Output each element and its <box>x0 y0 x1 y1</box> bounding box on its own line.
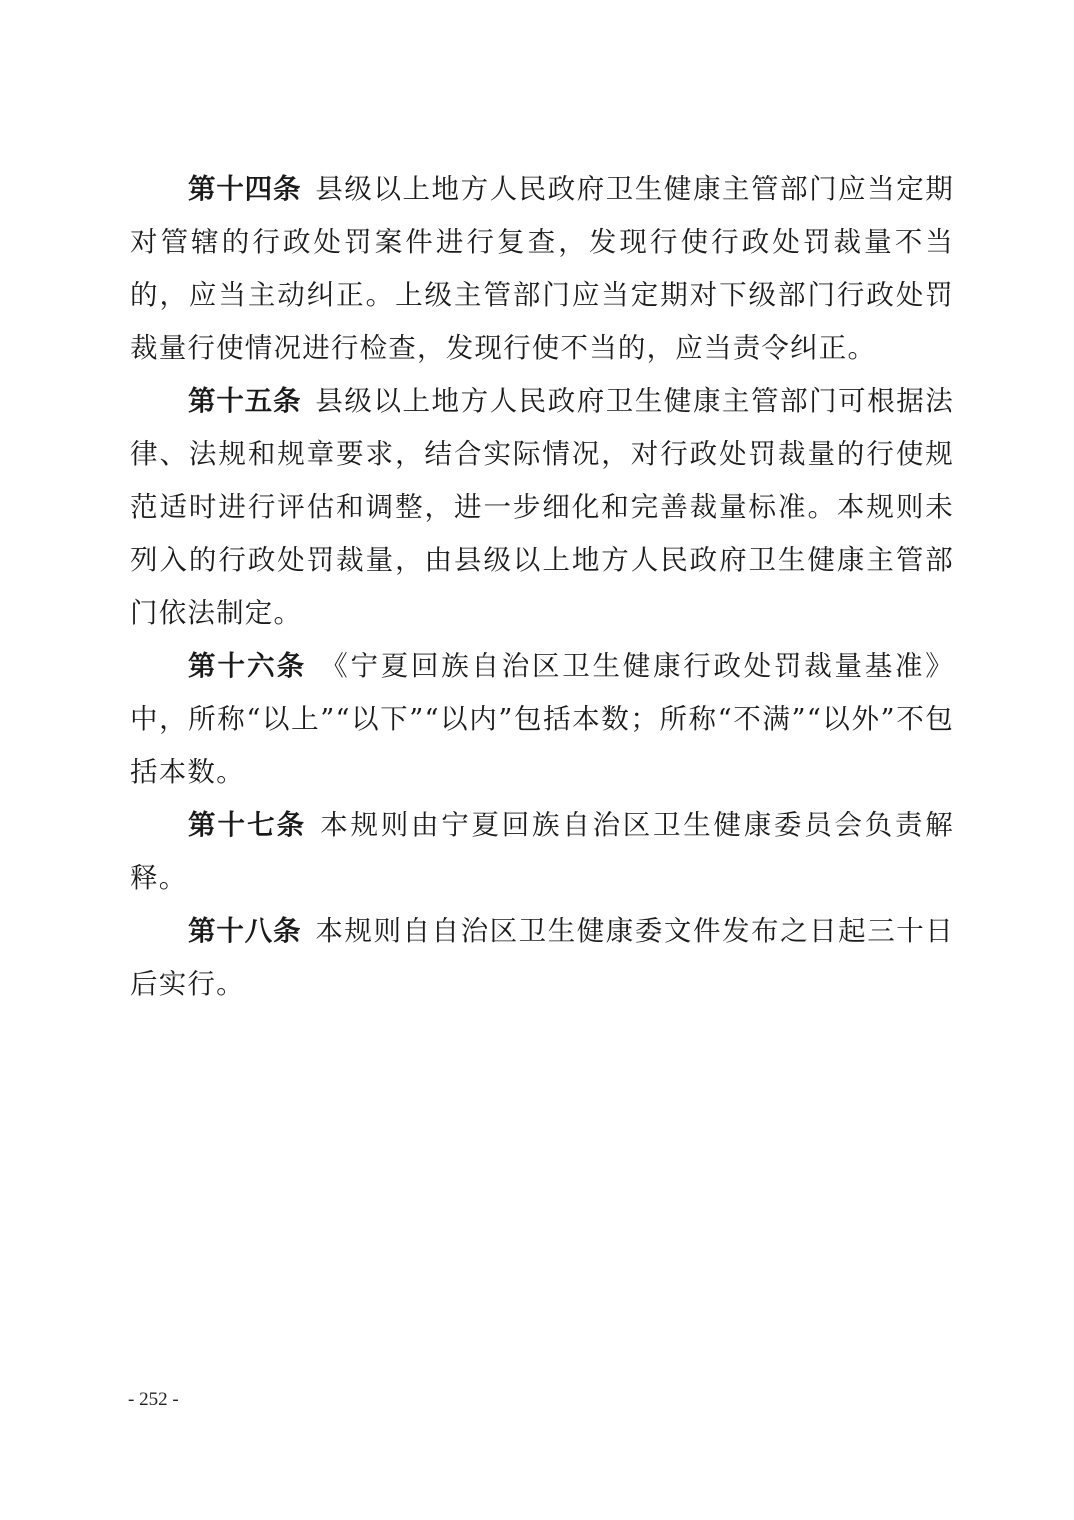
article-heading: 第十八条 <box>188 915 301 947</box>
article-18: 第十八条本规则自自治区卫生健康委文件发布之日起三十日后实行。 <box>130 905 954 1011</box>
document-page: 第十四条县级以上地方人民政府卫生健康主管部门应当定期对管辖的行政处罚案件进行复查… <box>130 163 954 1011</box>
article-16: 第十六条《宁夏回族自治区卫生健康行政处罚裁量基准》中，所称“以上”“以下”“以内… <box>130 640 954 799</box>
article-15: 第十五条县级以上地方人民政府卫生健康主管部门可根据法律、法规和规章要求，结合实际… <box>130 375 954 640</box>
article-body: 县级以上地方人民政府卫生健康主管部门可根据法律、法规和规章要求，结合实际情况，对… <box>130 385 954 629</box>
page-number: - 252 - <box>128 1389 179 1411</box>
article-heading: 第十五条 <box>188 385 301 417</box>
article-heading: 第十七条 <box>188 809 306 841</box>
article-heading: 第十六条 <box>188 650 306 682</box>
article-heading: 第十四条 <box>188 173 301 205</box>
article-17: 第十七条本规则由宁夏回族自治区卫生健康委员会负责解释。 <box>130 799 954 905</box>
article-14: 第十四条县级以上地方人民政府卫生健康主管部门应当定期对管辖的行政处罚案件进行复查… <box>130 163 954 375</box>
